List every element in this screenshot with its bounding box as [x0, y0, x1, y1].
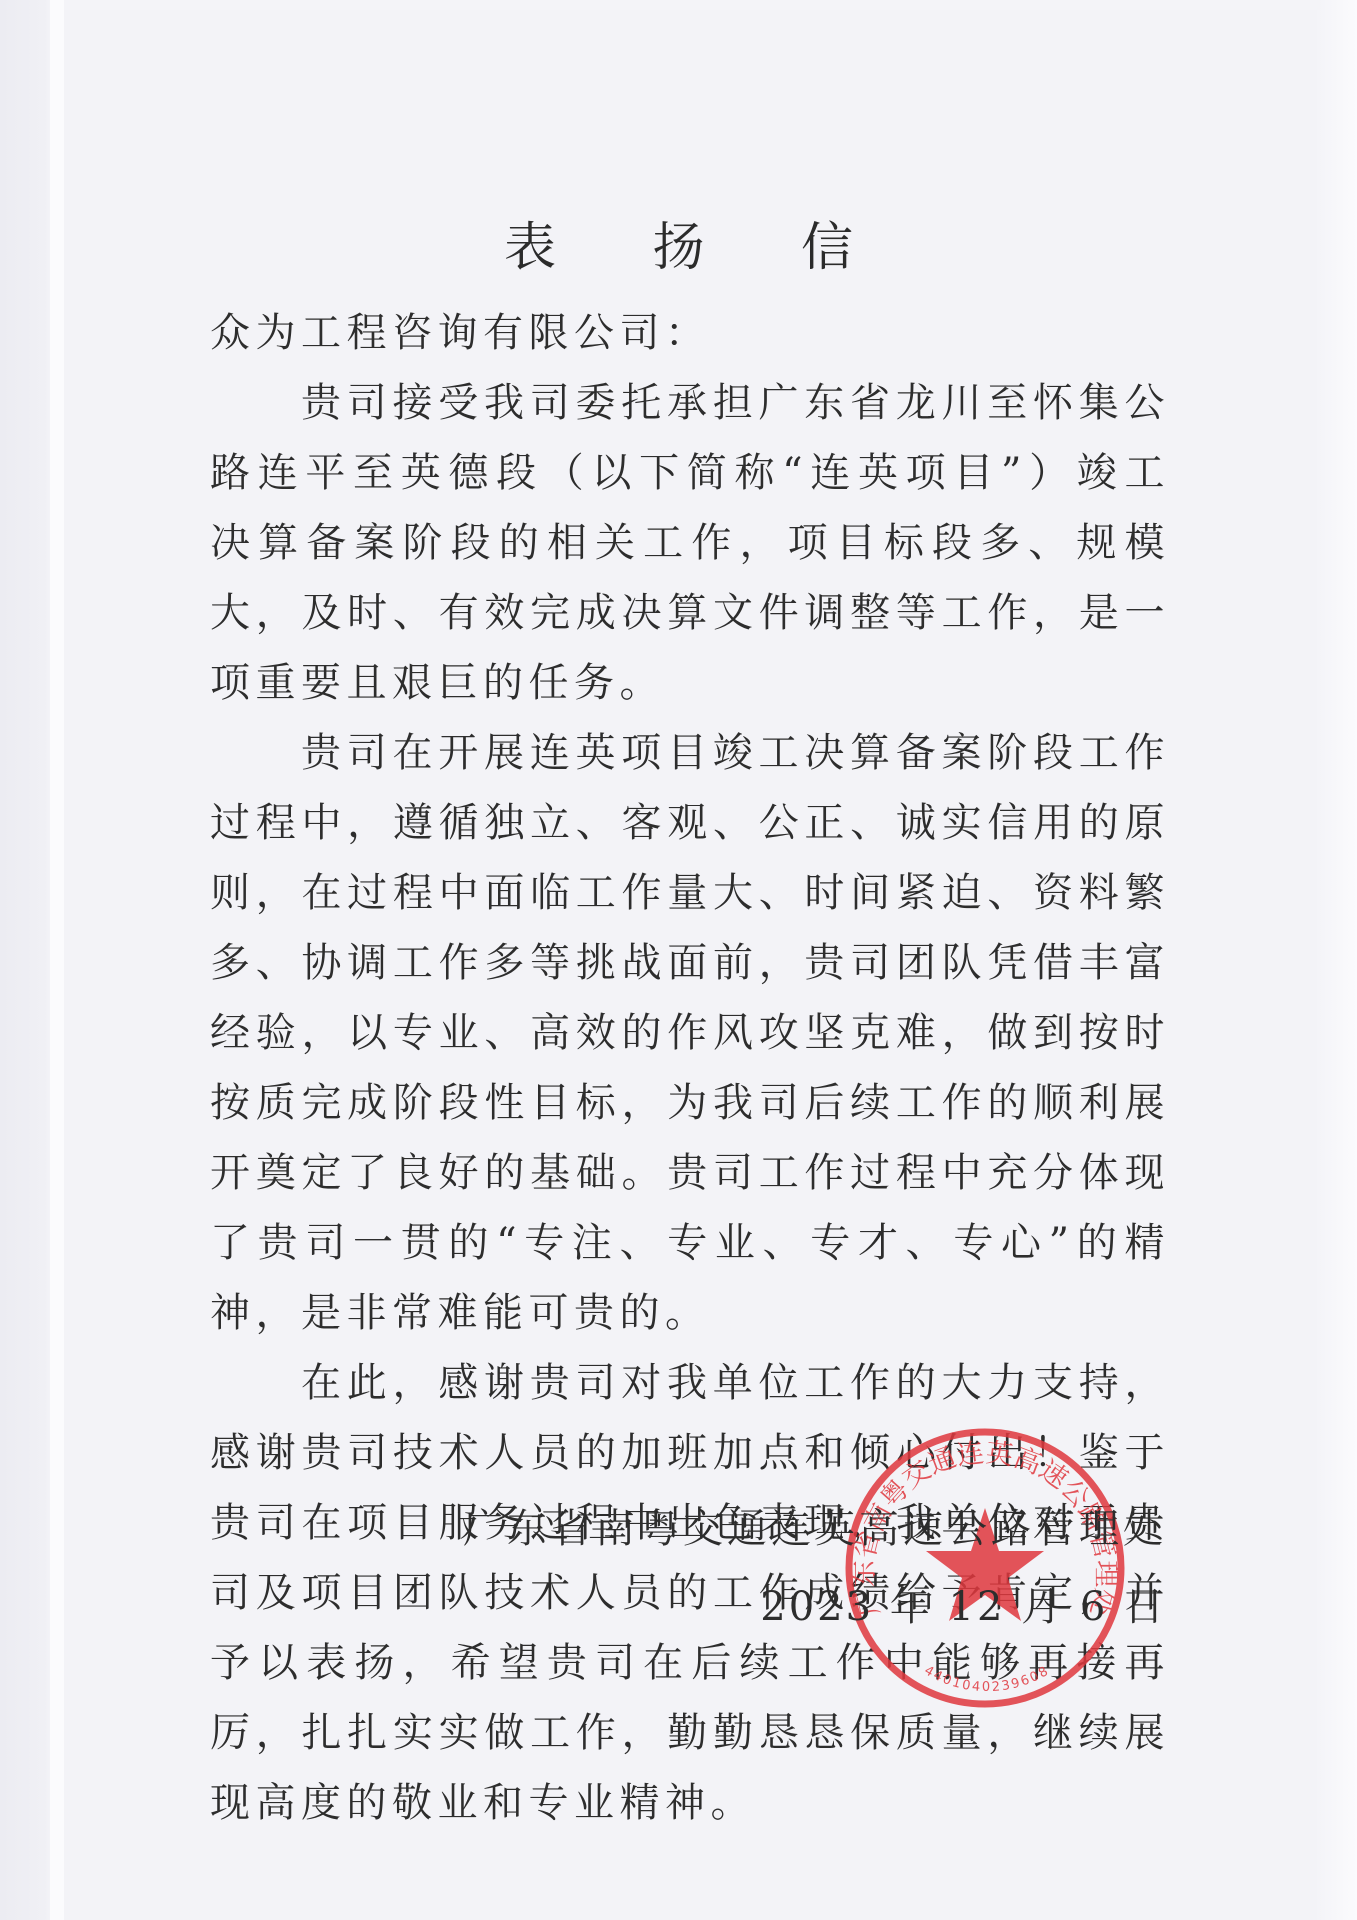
- signature-date: 2023 年 12 月 6 日: [463, 1568, 1167, 1646]
- signature-block: 广东省南粤交通连英高速公路管理处 2023 年 12 月 6 日: [463, 1490, 1167, 1646]
- paragraph-1: 贵司接受我司委托承担广东省龙川至怀集公路连平至英德段（以下简称“连英项目”）竣工…: [210, 368, 1170, 718]
- scan-right-edge: [1317, 0, 1357, 1920]
- scan-left-edge: [0, 0, 56, 1920]
- letter-title: 表 扬 信: [0, 205, 1357, 280]
- salutation: 众为工程咨询有限公司：: [210, 298, 1170, 368]
- scan-left-gap: [50, 0, 64, 1920]
- signature-organization: 广东省南粤交通连英高速公路管理处: [463, 1490, 1167, 1568]
- seal-serial-number: 4401040239608: [921, 1663, 1052, 1695]
- paragraph-2: 贵司在开展连英项目竣工决算备案阶段工作过程中，遵循独立、客观、公正、诚实信用的原…: [210, 718, 1170, 1348]
